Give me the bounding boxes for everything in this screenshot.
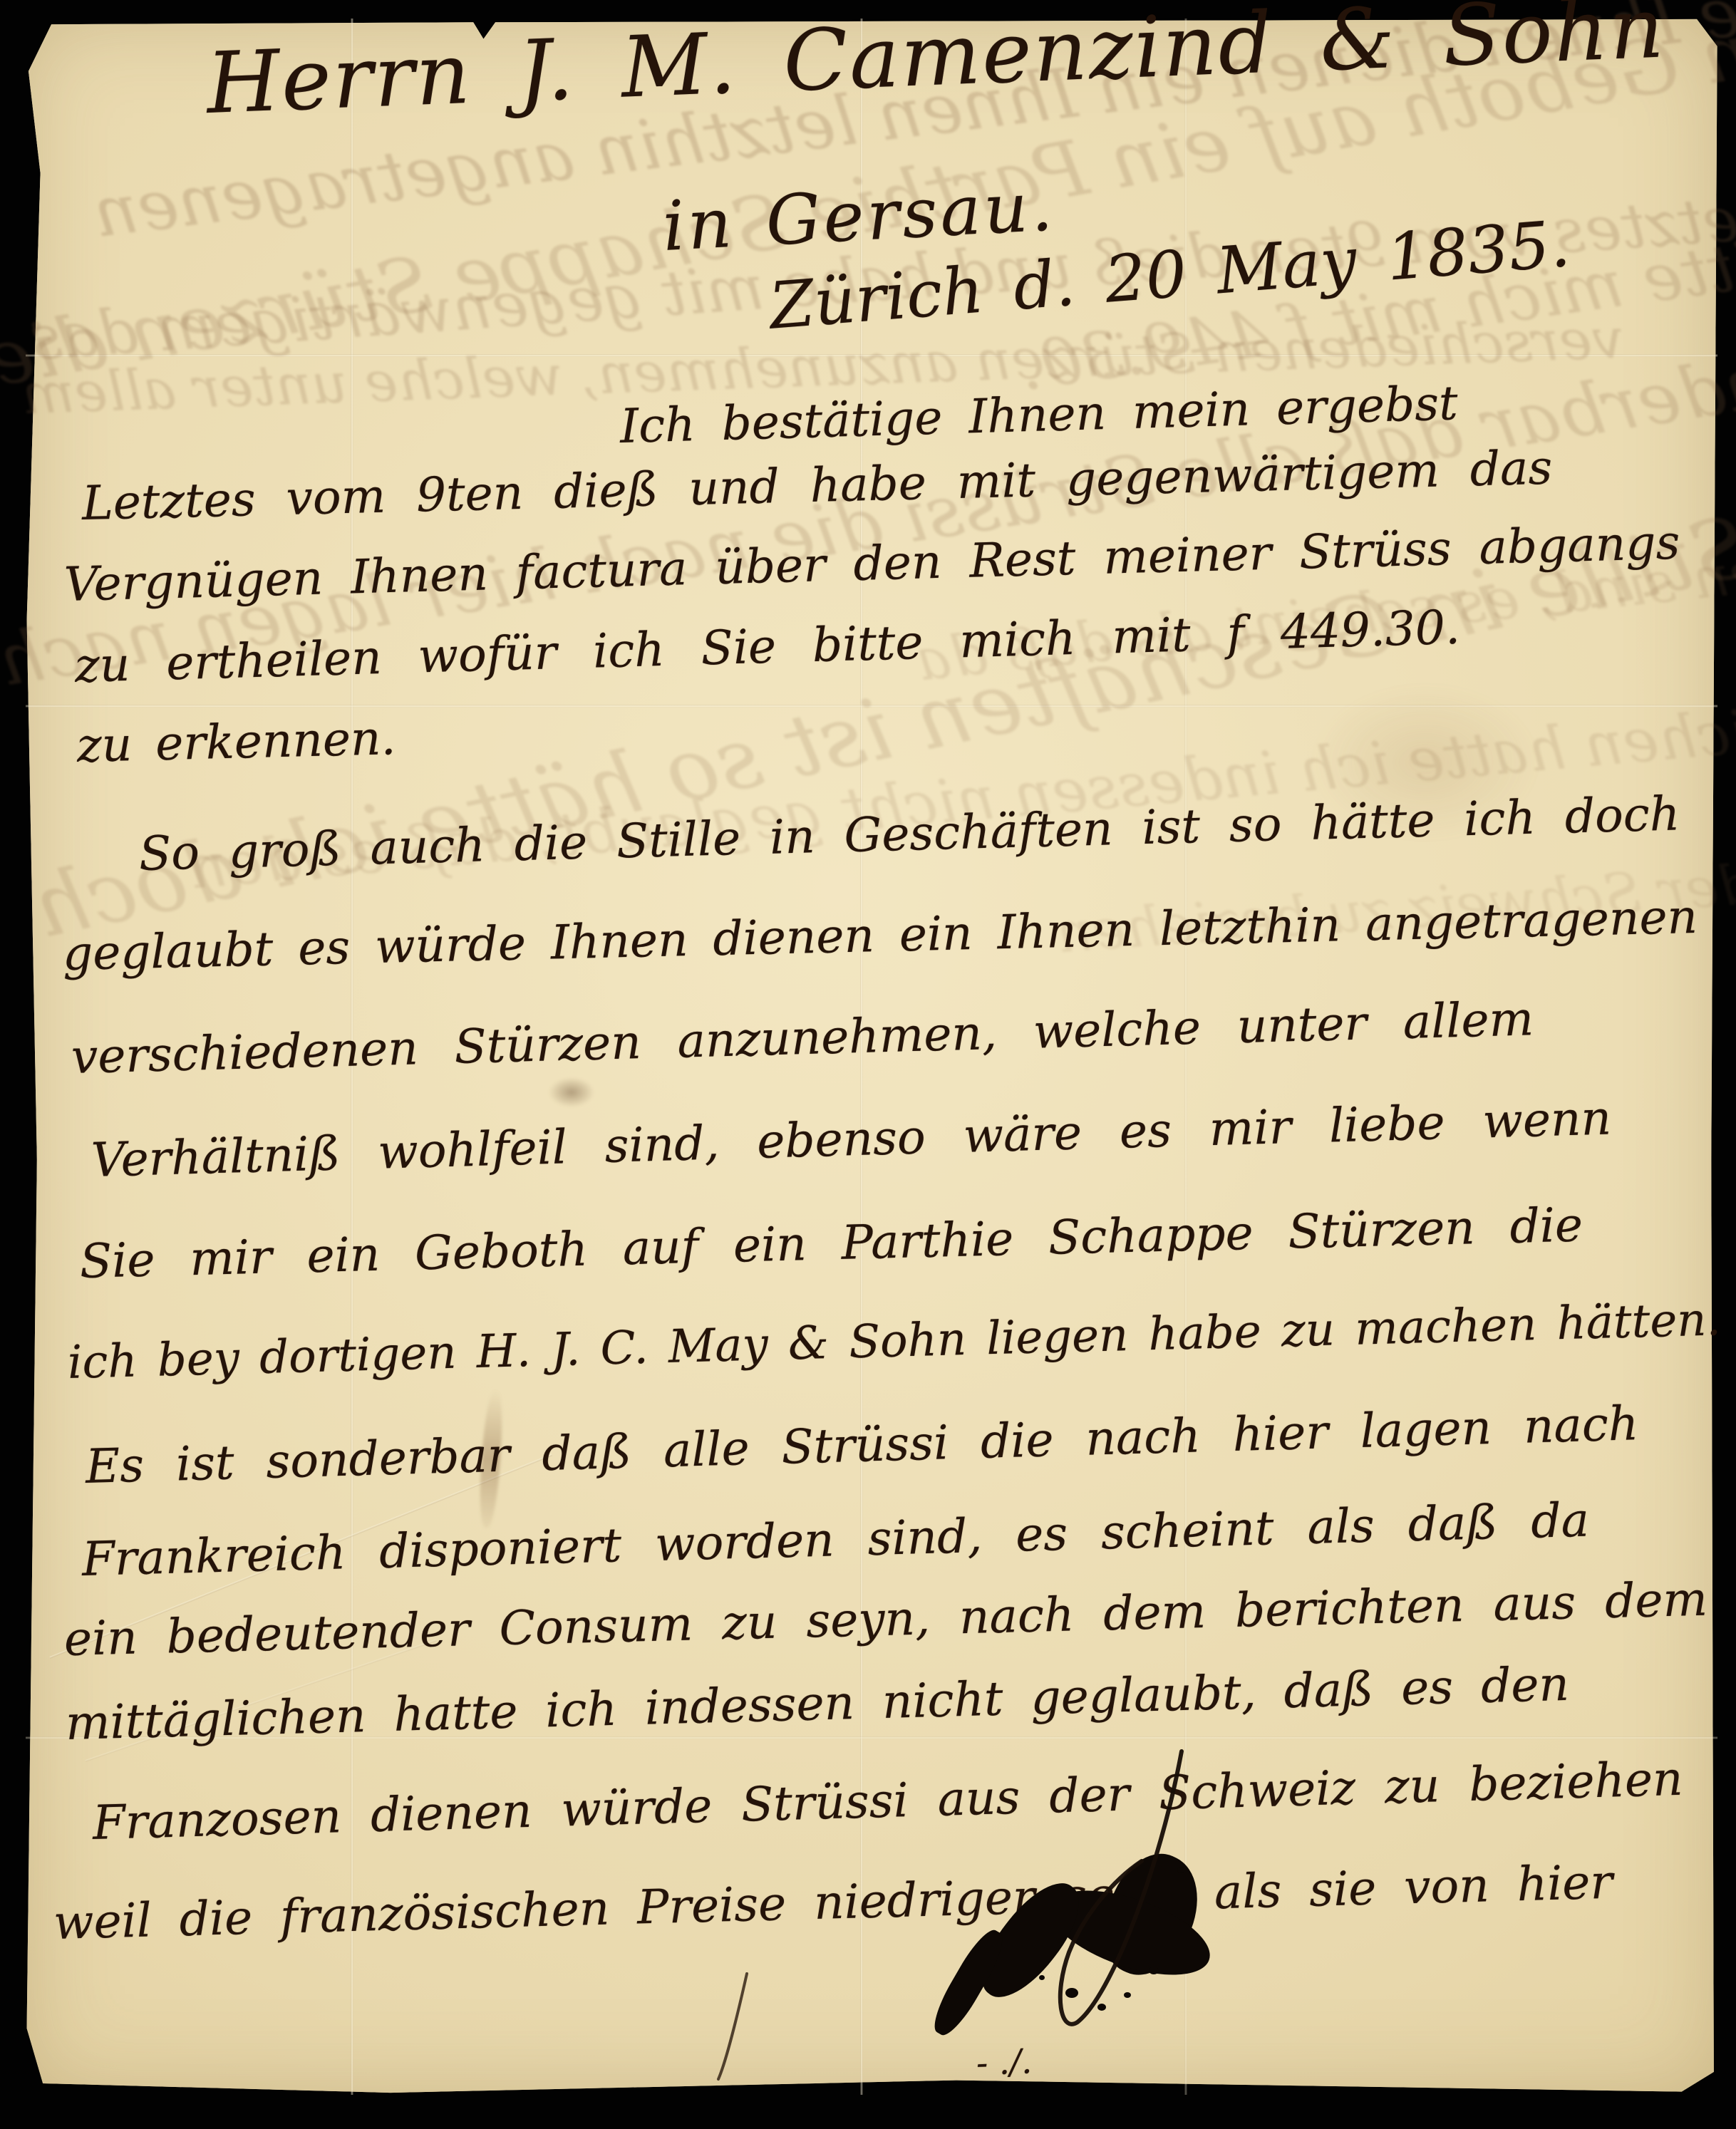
ink-splatter [1124,1992,1131,1998]
ink-splatter [1177,1867,1184,1873]
ink-splatter [1149,1967,1159,1974]
ink-splatter [1039,1975,1045,1980]
ink-splatter [1065,1988,1078,1998]
ink-splatter [1097,2004,1106,2011]
scanned-letter-page: geglaubt es würde Ihnen dienen ein Ihnen… [0,0,1736,2129]
body-line: zu erkennen. [76,710,396,773]
bottom-mark: - ./. [976,2041,1033,2083]
